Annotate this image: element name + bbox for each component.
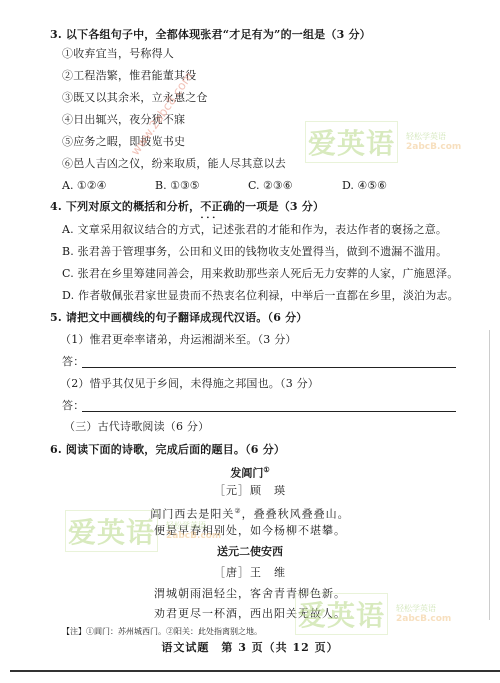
q4-stem-post: 的一项是（3 分） (234, 200, 324, 213)
poem2-author: ［唐］王 维 (0, 566, 500, 580)
q3-item: ①收弃宜当，号称得人 (62, 47, 174, 61)
q6-stem: 6. 阅读下面的诗歌，完成后面的题目。（6 分） (50, 443, 285, 457)
q5-answer-line-2[interactable] (82, 411, 456, 412)
q4-stem: 4. 下列对原文的概括和分析，不正确的一项是（3 分） (50, 200, 324, 214)
poem1-author: ［元］顾 瑛 (0, 484, 500, 498)
q5-answer-line-1[interactable] (82, 367, 456, 368)
q5-sub1: （1）惟君更牵率诸弟，舟运湘湖米至。（3 分） (60, 333, 297, 347)
watermark-logo: 爱英语 轻松学英语 2abcB.com (295, 593, 451, 635)
choice-d[interactable]: D. ④⑤⑥ (342, 179, 387, 193)
q4-stem-emphasis: 不正确 (200, 200, 234, 214)
footnote: 【注】①阊门：苏州城西门。②阳关：此处指离别之地。 (62, 626, 262, 637)
watermark-logo: 爱英语 轻松学英语 2abcB.com (65, 510, 221, 552)
q4-option-a: A. 文章采用叙议结合的方式，记述张君的才能和作为，表达作者的褒扬之意。 (62, 223, 447, 237)
q3-item: ⑤应务之暇，即披览书史 (62, 135, 185, 149)
watermark-domain: 2abcB.com (406, 142, 461, 153)
q5-stem: 5. 请把文中画横线的句子翻译成现代汉语。（6 分） (50, 311, 308, 325)
watermark-tagline: 轻松学英语 (396, 603, 451, 614)
q4-option-b: B. 张君善于管理事务，公田和义田的钱物收支处置得当，做到不遗漏不滥用。 (62, 245, 447, 259)
poem1-title-note: ① (263, 465, 269, 474)
watermark-domain: 2abcB.com (396, 614, 451, 625)
poem1-line1-note: ② (234, 507, 241, 515)
q4-option-d: D. 作者敬佩张君家世显贵而不热衷名位利禄，中举后一直都在乡里，淡泊为志。 (62, 289, 459, 303)
watermark-domain: 2abcB.com (166, 531, 221, 542)
page-bottom-edge (10, 670, 500, 672)
watermark-big-text: 爱英语 (305, 121, 398, 163)
choice-b[interactable]: B. ①③⑤ (155, 179, 200, 193)
watermark-tagline: 轻松学英语 (166, 520, 221, 531)
q4-stem-pre: 4. 下列对原文的概括和分析， (50, 200, 200, 213)
watermark-big-text: 爱英语 (65, 510, 158, 552)
choice-c[interactable]: C. ②③⑥ (248, 179, 293, 193)
choice-a[interactable]: A. ①②④ (62, 179, 107, 193)
q3-item: ⑥邑人吉凶之仪，纷来取质，能人尽其意以去 (62, 157, 286, 171)
page-footer: 语文试题 第 3 页（共 12 页） (0, 641, 500, 655)
q4-option-c: C. 张君在乡里筹建同善会，用来救助那些亲人死后无力安葬的人家，广施恩泽。 (62, 267, 458, 281)
q3-stem: 3. 以下各组句子中，全都体现张君“才足有为”的一组是（3 分） (50, 28, 371, 42)
page-right-edge (489, 330, 490, 620)
section-heading: （三）古代诗歌阅读（6 分） (64, 420, 209, 434)
exam-page: 3. 以下各组句子中，全都体现张君“才足有为”的一组是（3 分） ①收弃宜当，号… (0, 0, 500, 683)
watermark-tagline: 轻松学英语 (406, 131, 461, 142)
q3-item: ③既又以其余米，立永惠之仓 (62, 91, 208, 105)
watermark-logo: 爱英语 轻松学英语 2abcB.com (305, 121, 461, 163)
poem1-title-text: 发阊门 (230, 467, 263, 480)
poem1-title: 发阊门① (0, 463, 500, 481)
poem1-line1-b: ，叠叠秋风叠叠山。 (242, 508, 350, 521)
q5-sub2: （2）惜乎其仅见于乡闾，未得施之邦国也。（3 分） (60, 377, 319, 391)
watermark-big-text: 爱英语 (295, 593, 388, 635)
